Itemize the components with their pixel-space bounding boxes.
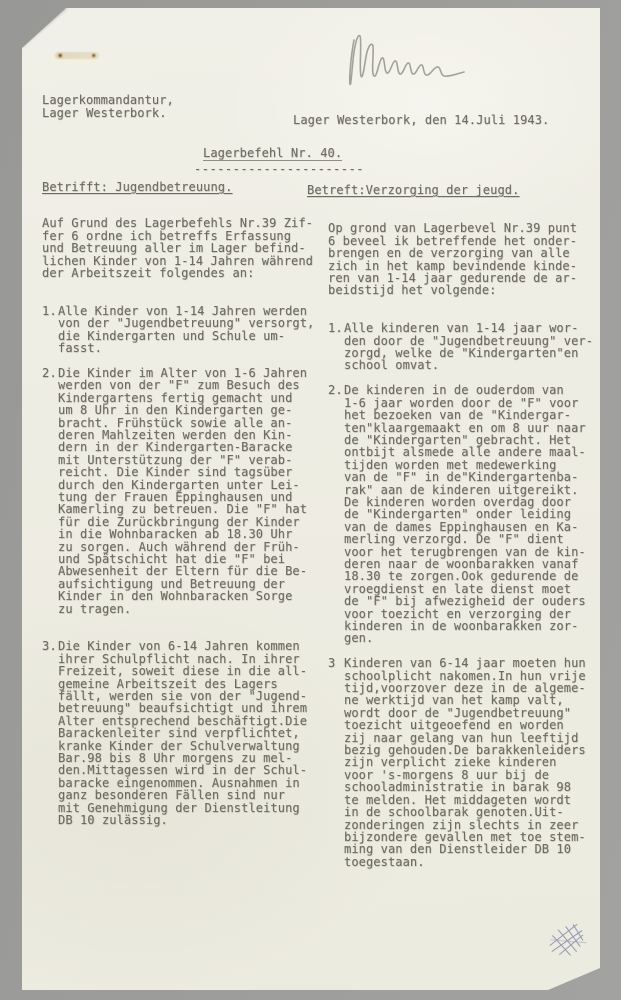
blue-ink-stamp	[534, 913, 604, 971]
dutch-intro-paragraph: Op grond van Lagerbevel Nr.39 punt 6 bev…	[328, 222, 596, 296]
column-german: Auf Grund des Lagerbefehls Nr.39 Zif- fe…	[42, 205, 326, 839]
document-title: Lagerbefehl Nr. 40.	[203, 147, 342, 161]
scanned-document-page: { "page": { "background_color": "#9d9d9b…	[0, 0, 621, 1000]
subject-dutch: Betreft:Verzorging der jeugd.	[307, 184, 519, 196]
sender-line1: Lagerkommandantur,	[42, 93, 174, 107]
dutch-item-2-number: 2.	[328, 384, 344, 396]
title-underline-dashes: ----------------------	[194, 163, 364, 175]
dutch-item-3-text: Kinderen van 6-14 jaar moeten hun school…	[344, 657, 596, 868]
dutch-item-2-text: De kinderen in de ouderdom van 1-6 jaar …	[344, 384, 596, 645]
column-dutch: Op grond van Lagerbevel Nr.39 punt 6 bev…	[328, 210, 596, 881]
dutch-item-1: 1. Alle kinderen van 1-14 jaar wor- den …	[328, 322, 596, 372]
german-item-3-number: 3.	[42, 640, 58, 652]
paper-sheet: Lagerkommandantur,Lager Westerbork. Lage…	[22, 8, 600, 990]
dutch-item-1-text: Alle kinderen van 1-14 jaar wor- den doo…	[344, 322, 596, 372]
subject-german: Betrifft: Jugendbetreuung.	[42, 181, 232, 193]
dutch-item-3-number: 3	[328, 657, 344, 669]
german-item-1: 1. Alle Kinder von 1-14 Jahren werden vo…	[42, 305, 326, 355]
sender-block: Lagerkommandantur,Lager Westerbork.	[42, 94, 174, 120]
rust-staple-mark	[55, 52, 99, 59]
dutch-item-1-number: 1.	[328, 322, 344, 334]
german-item-3: 3. Die Kinder von 6-14 Jahren kommen ihr…	[42, 640, 326, 826]
german-item-1-number: 1.	[42, 305, 58, 317]
german-item-1-text: Alle Kinder von 1-14 Jahren werden von d…	[58, 305, 326, 355]
signature-scrawl-icon	[340, 26, 520, 98]
pencil-signature	[340, 26, 520, 98]
folded-corner	[22, 8, 68, 48]
german-item-2-text: Die Kinder im Alter von 1-6 Jahren werde…	[58, 367, 326, 615]
german-item-3-text: Die Kinder von 6-14 Jahren kommen ihrer …	[58, 640, 326, 826]
ink-stamp-icon	[534, 913, 604, 971]
german-item-2-number: 2.	[42, 367, 58, 379]
german-intro-paragraph: Auf Grund des Lagerbefehls Nr.39 Zif- fe…	[42, 217, 326, 279]
sender-line2: Lager Westerbork.	[42, 106, 167, 120]
dutch-item-3: 3 Kinderen van 6-14 jaar moeten hun scho…	[328, 657, 596, 868]
dutch-item-2: 2. De kinderen in de ouderdom van 1-6 ja…	[328, 384, 596, 645]
german-item-2: 2. Die Kinder im Alter von 1-6 Jahren we…	[42, 367, 326, 615]
dateline: Lager Westerbork, den 14.Juli 1943.	[293, 114, 549, 126]
